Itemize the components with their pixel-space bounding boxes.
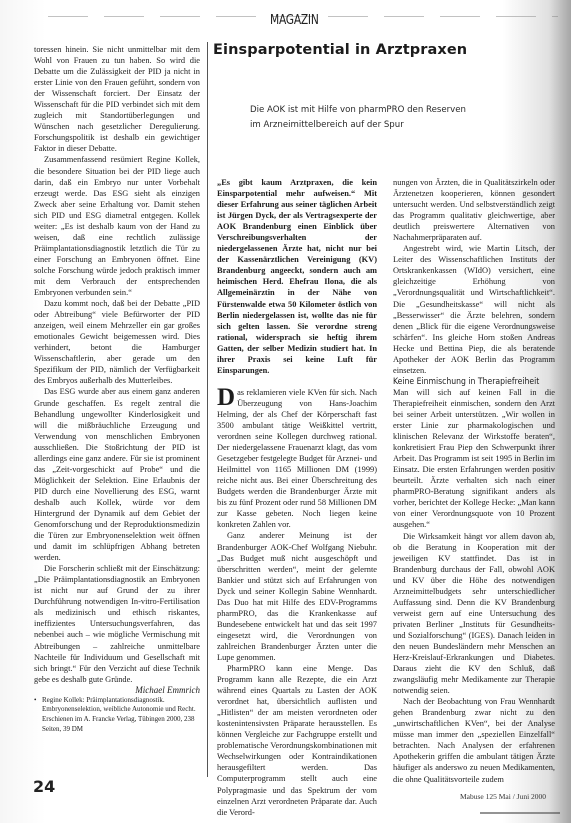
paragraph: PharmPRO kann eine Menge. Das Programm k… (217, 663, 377, 818)
right-column: nungen von Ärzten, die in Qualitätszirke… (393, 177, 555, 785)
middle-column: „Es gibt kaum Arztpraxen, die kein Einsp… (217, 177, 377, 818)
subtitle-line-2: im Arzneimittelbereich auf der Spur (250, 118, 550, 133)
column-divider (207, 42, 208, 777)
subsection-heading: Keine Einmischung in Therapiefreiheit (393, 376, 542, 387)
subtitle-line-1: Die AOK ist mit Hilfe von pharmPRO den R… (250, 103, 550, 118)
paragraph: Die Forscherin schließt mit der Einschät… (34, 563, 200, 685)
left-column: toressen hinein. Sie nicht unmittelbar m… (34, 44, 200, 734)
lead-paragraph: „Es gibt kaum Arztpraxen, die kein Einsp… (217, 177, 377, 376)
paragraph: nungen von Ärzten, die in Qualitätszirke… (393, 177, 555, 243)
footnote: • Regine Kollek: Präimplantationsdiagnos… (34, 696, 200, 734)
bottom-rule (480, 812, 560, 814)
drop-cap: D (217, 388, 235, 408)
paragraph: Angestrebt wird, wie Martin Litsch, der … (393, 243, 555, 376)
paragraph: Ganz anderer Meinung ist der Brandenburg… (217, 530, 377, 663)
section-label: MAGAZIN (270, 13, 319, 28)
footnote-text: Regine Kollek: Präimplantationsdiagnosti… (42, 696, 196, 733)
paragraph: Das ESG wurde aber aus einem ganz andere… (34, 386, 200, 563)
paragraph: Nach der Beobachtung von Frau Wennhardt … (393, 696, 555, 784)
article-title: Einsparpotential in Arztpraxen (213, 42, 467, 58)
paragraph: Die Wirksamkeit hängt vor allem davon ab… (393, 531, 555, 697)
dropcap-paragraph: D as reklamieren viele KVen für sich. Na… (217, 387, 377, 531)
paragraph: Dazu kommt noch, daß bei der Debatte „PI… (34, 298, 200, 386)
page-number: 24 (33, 777, 55, 796)
author-byline: Michael Emmrich (34, 685, 200, 696)
paragraph: Zusammenfassend resümiert Regine Kollek,… (34, 154, 200, 298)
paragraph: Man will sich auf keinen Fall in die The… (393, 387, 555, 531)
issue-info: Mabuse 125 Mai / Juni 2000 (460, 792, 546, 801)
paragraph-text: as reklamieren viele KVen für sich. Nach… (217, 388, 377, 530)
article-subtitle: Die AOK ist mit Hilfe von pharmPRO den R… (250, 103, 550, 133)
magazine-page: MAGAZIN Einsparpotential in Arztpraxen D… (0, 0, 571, 823)
bullet-icon: • (34, 696, 36, 706)
paragraph: toressen hinein. Sie nicht unmittelbar m… (34, 44, 200, 154)
